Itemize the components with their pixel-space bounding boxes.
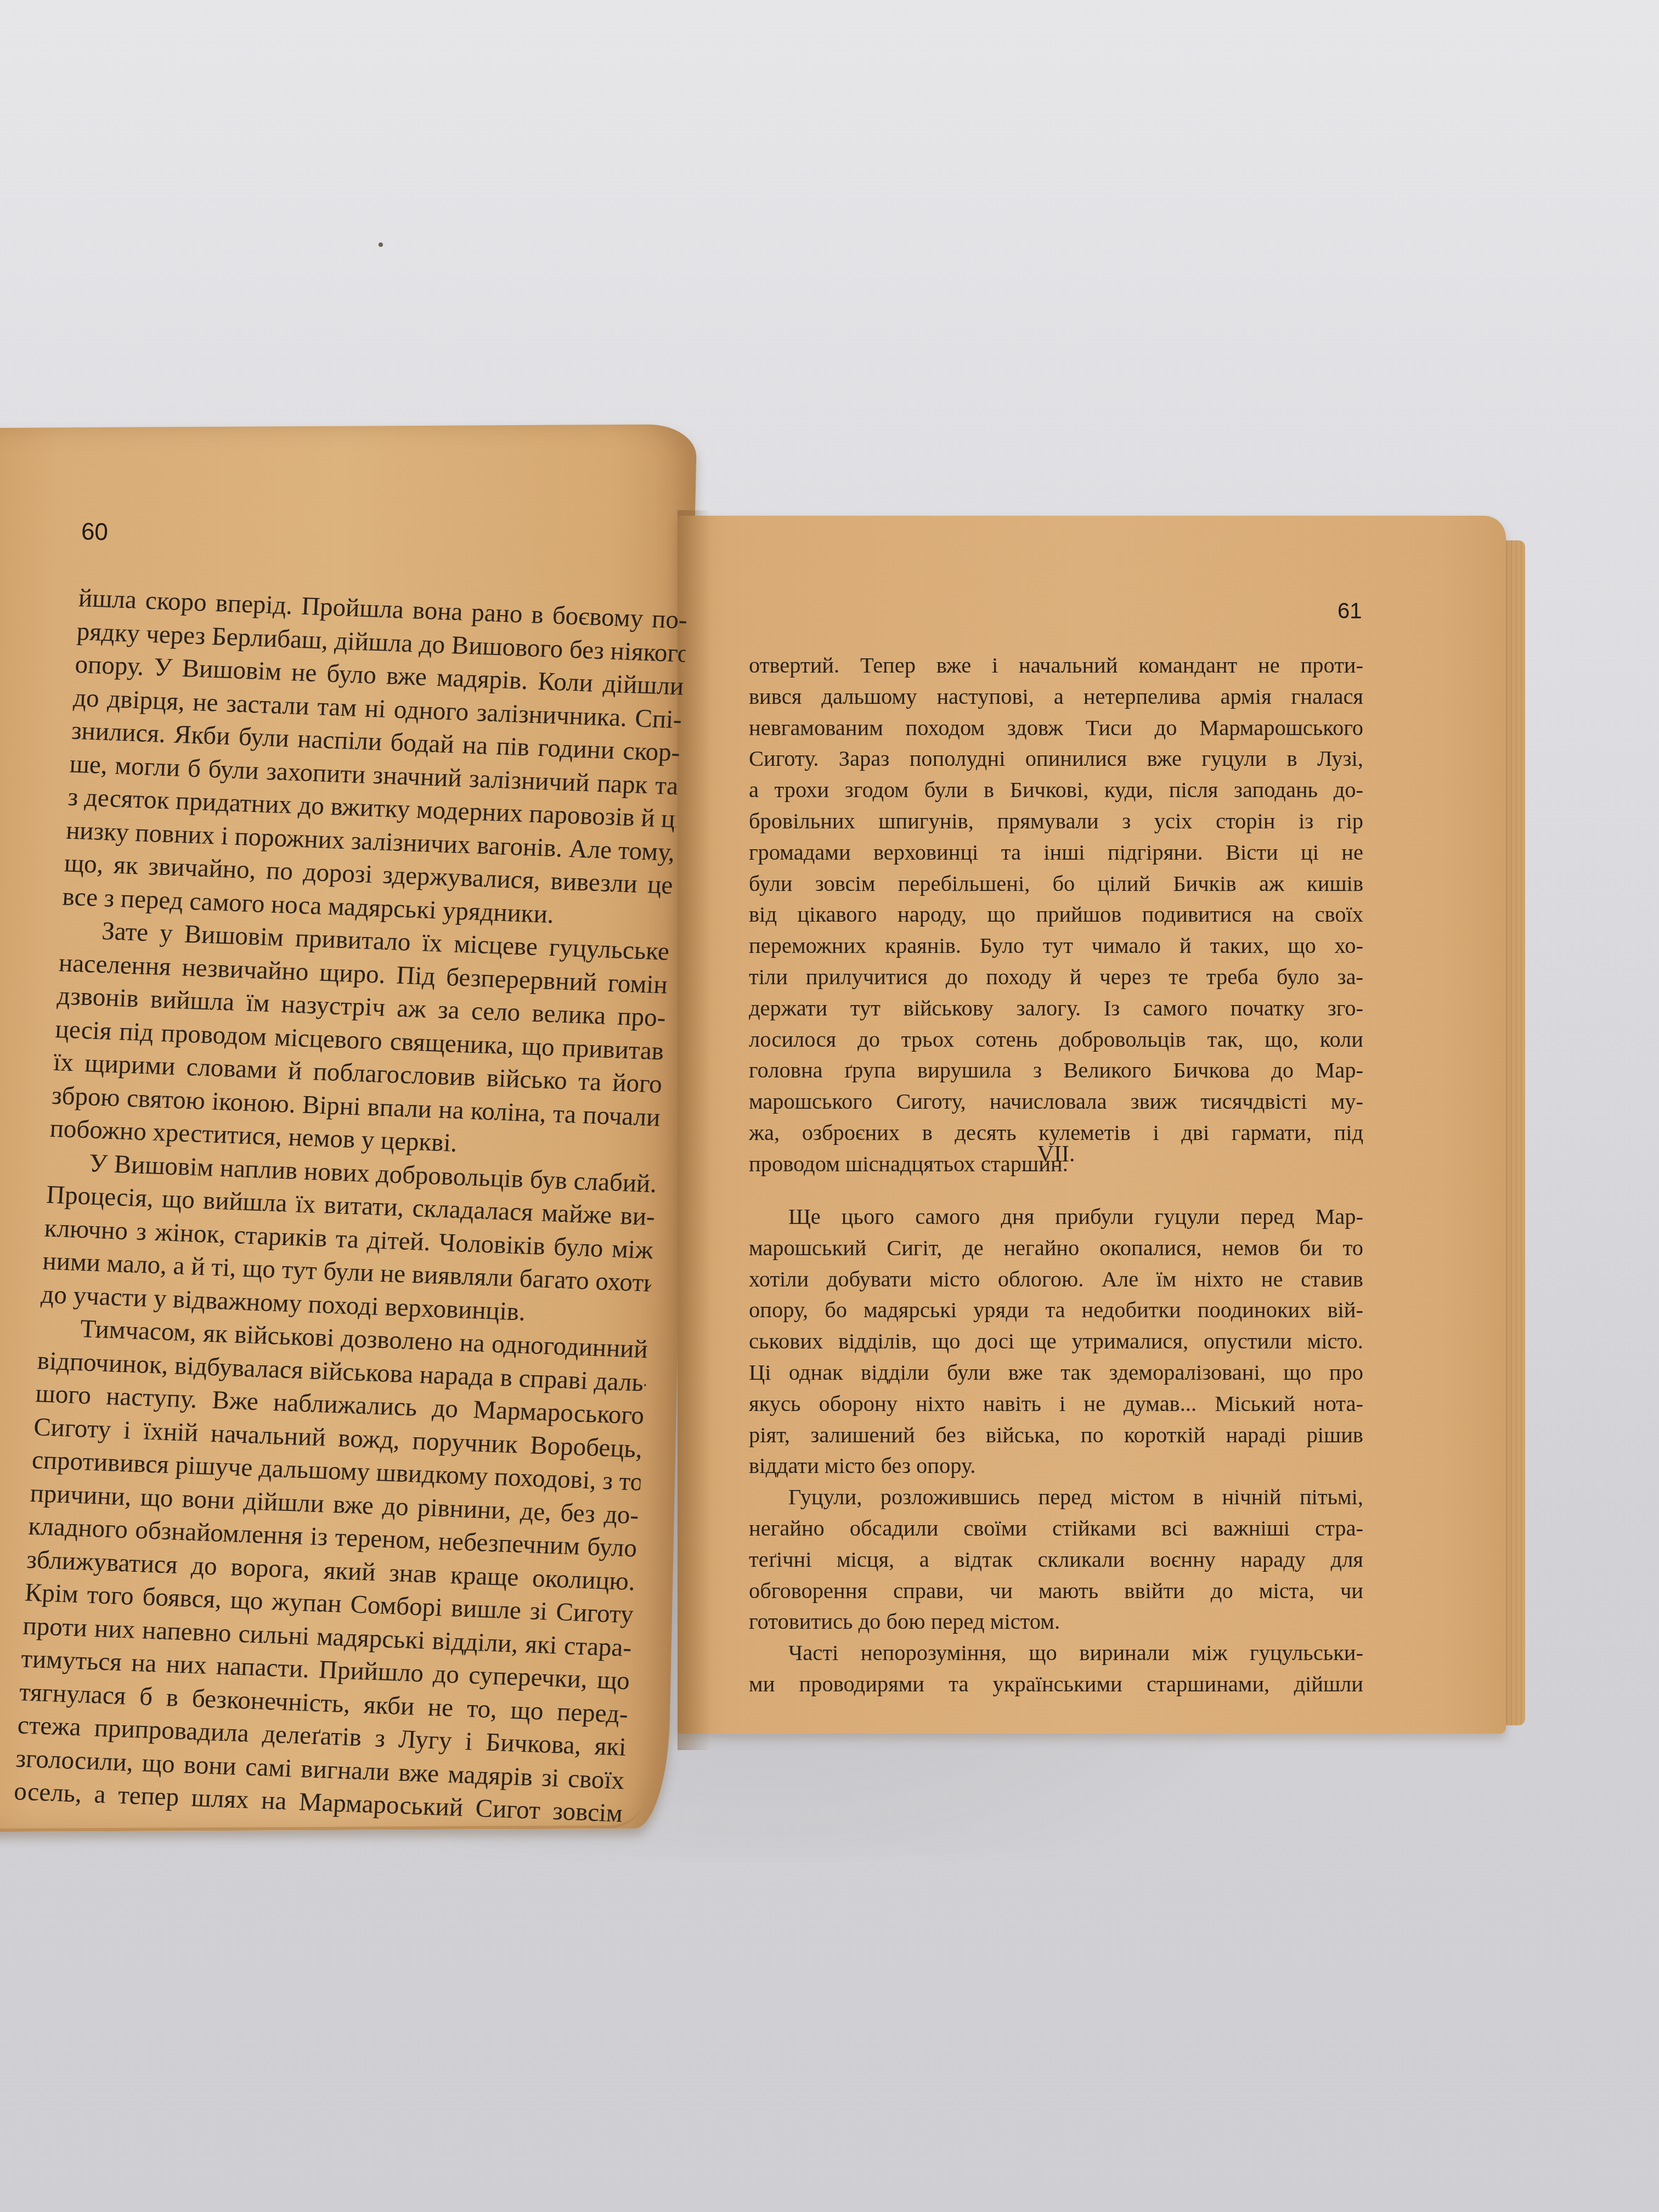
text-line: віддати місто без опору. <box>749 1451 1363 1482</box>
right-page-text-bottom: Ще цього самого дня прибули гуцули перед… <box>749 1201 1363 1700</box>
text-line: головна ґрупа вирушила з Великого Бичков… <box>749 1055 1363 1086</box>
text-line: невгамованим походом здовж Тиси до Марма… <box>749 713 1363 744</box>
text-line: були зовсім перебільшені, бо цілий Бичкі… <box>749 868 1363 900</box>
text-line: Часті непорозуміння, що виринали між гуц… <box>749 1638 1363 1669</box>
text-line: ськових відділів, що досі ще утрималися,… <box>749 1326 1363 1357</box>
chapter-heading: VII. <box>749 1141 1363 1167</box>
text-line: опору, бо мадярські уряди та недобитки п… <box>749 1295 1363 1326</box>
text-line: обговорення справи, чи мають ввійти до м… <box>749 1576 1363 1607</box>
text-line: теґічні місця, а відтак скликали воєнну … <box>749 1544 1363 1576</box>
text-line: якусь оборону ніхто навіть і не думав...… <box>749 1389 1363 1420</box>
text-line: Гуцули, розложившись перед містом в нічн… <box>749 1482 1363 1513</box>
page-number-right: 61 <box>1338 599 1362 624</box>
text-line: марошського Сиготу, начисловала звиж тис… <box>749 1086 1363 1118</box>
right-page-text-top: отвертий. Тепер вже і начальний командан… <box>749 650 1363 1180</box>
text-line: марошський Сигіт, де негайно окопалися, … <box>749 1233 1363 1264</box>
text-line: Сиготу. Зараз пополудні опинилися вже гу… <box>749 743 1363 775</box>
text-line: лосилося до трьох сотень добровольців та… <box>749 1024 1363 1056</box>
text-line: переможних краянів. Було тут чимало й та… <box>749 930 1363 962</box>
text-line: Ще цього самого дня прибули гуцули перед… <box>749 1201 1363 1233</box>
text-line: тіли прилучитися до походу й через те тр… <box>749 962 1363 993</box>
text-line: хотіли добувати місто облогою. Але їм ні… <box>749 1264 1363 1295</box>
left-page-text: йшла скоро вперід. Пройшла вона рано в б… <box>13 582 688 1830</box>
text-line: громадами верховинці та інші підгіряни. … <box>749 837 1363 868</box>
text-line: Ці однак відділи були вже так здемораліз… <box>749 1357 1363 1389</box>
text-line: бровільних шпигунів, прямували з усіх ст… <box>749 806 1363 837</box>
page-number-left: 60 <box>81 518 108 546</box>
text-line: негайно обсадили своїми стійками всі важ… <box>749 1513 1363 1544</box>
text-line: а трохи згодом були в Бичкові, куди, піс… <box>749 775 1363 806</box>
text-line: отвертий. Тепер вже і начальний командан… <box>749 650 1363 681</box>
dust-speck <box>379 242 383 247</box>
text-line: ріят, залишений без війська, по короткій… <box>749 1420 1363 1451</box>
text-line: держати тут військову залогу. Із самого … <box>749 993 1363 1024</box>
text-line: від цікавого народу, що прийшов подивити… <box>749 899 1363 930</box>
text-line: готовитись до бою перед містом. <box>749 1606 1363 1638</box>
photo-scene: 60 йшла скоро вперід. Пройшла вона рано … <box>0 0 1659 2212</box>
text-line: ми проводирями та українськими старшинам… <box>749 1669 1363 1700</box>
text-line: вився дальшому наступові, а нетерпелива … <box>749 681 1363 713</box>
